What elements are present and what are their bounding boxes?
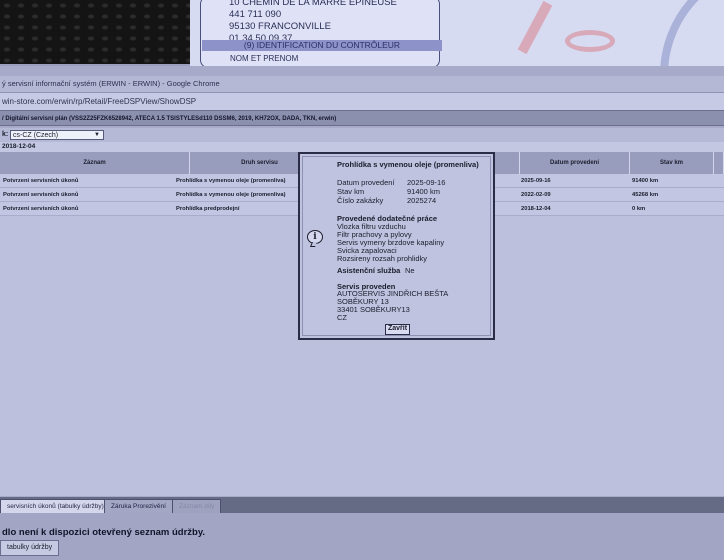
tab-warranty[interactable]: Záruka Prorezivění xyxy=(104,499,173,513)
cell-zaznam: Potvrzení servisních úkonů xyxy=(3,188,78,202)
language-row: k: cs-CZ (Czech) ▼ xyxy=(0,128,724,142)
extra-work-list: Vlozka filtru vzduchu Filtr prachovy a p… xyxy=(337,223,444,263)
paper-address-lines: 10 CHEMIN DE LA MARRE EPINEUSE 441 711 0… xyxy=(229,0,397,45)
cell-datum: 2018-12-04 xyxy=(521,202,551,216)
paper-document: 10 CHEMIN DE LA MARRE EPINEUSE 441 711 0… xyxy=(190,0,724,66)
address-line: 33401 SOBĚKURY13 xyxy=(337,306,448,314)
close-button[interactable]: Zavřít xyxy=(385,324,410,335)
field-value: 2025274 xyxy=(407,196,436,205)
field-label: Stav km xyxy=(337,187,407,196)
column-header-km[interactable]: Stav km xyxy=(630,152,714,174)
cell-zaznam: Potvrzení servisních úkonů xyxy=(3,174,78,188)
cell-druh: Prohlídka s vymenou oleje (promenliva) xyxy=(176,188,286,202)
service-by-address: AUTOSERVIS JINDŘICH BEŠTA SOBĚKURY 13 33… xyxy=(337,290,448,322)
language-value: cs-CZ (Czech) xyxy=(13,132,58,139)
language-label: k: xyxy=(2,128,8,142)
field-date: Datum provedení2025-09-16 xyxy=(337,178,445,187)
extra-work-item: Rozsireny rozsah prohlidky xyxy=(337,255,444,263)
paper-line: 10 CHEMIN DE LA MARRE EPINEUSE xyxy=(229,0,397,9)
service-detail-dialog: Prohlídka s vymenou oleje (promenliva) D… xyxy=(298,152,495,340)
field-km: Stav km91400 km xyxy=(337,187,440,196)
cell-druh: Prohlídka predprodejní xyxy=(176,202,239,216)
cell-druh: Prohlídka s vymenou oleje (promenliva) xyxy=(176,174,286,188)
notice-text: dlo není k dispozici otevřený seznam údr… xyxy=(2,527,205,538)
assistance-label: Asistenční služba xyxy=(337,266,405,275)
cell-zaznam: Potvrzení servisních úkonů xyxy=(3,202,78,216)
column-header-zaznam[interactable]: Záznam xyxy=(0,152,190,174)
column-header-extra xyxy=(714,152,724,174)
address-bar[interactable]: win-store.com/erwin/rp/Retail/FreeDSPVie… xyxy=(0,92,724,110)
column-header-datum[interactable]: Datum provedení xyxy=(520,152,630,174)
maintenance-tables-button[interactable]: tabulky údržby xyxy=(0,540,59,556)
field-value: 91400 km xyxy=(407,187,440,196)
address-line: CZ xyxy=(337,314,448,322)
paper-line: 95130 FRANCONVILLE xyxy=(229,21,397,33)
app-header: / Digitální servisní plán (VSS2Z25FZK652… xyxy=(0,110,724,126)
field-order-number: Číslo zakázky2025274 xyxy=(337,196,436,205)
language-select[interactable]: cs-CZ (Czech) ▼ xyxy=(10,130,104,140)
dialog-title: Prohlídka s vymenou oleje (promenliva) xyxy=(337,160,479,169)
cell-km: 0 km xyxy=(632,202,645,216)
cell-datum: 2025-09-16 xyxy=(521,174,551,188)
assistance-value: Ne xyxy=(405,266,415,275)
paper-line: 441 711 090 xyxy=(229,9,397,21)
window-title: ý servisní informační systém (ERWIN - ER… xyxy=(0,76,724,92)
field-label: Datum provedení xyxy=(337,178,407,187)
paper-logo-wheel-icon xyxy=(565,30,615,52)
cell-km: 91400 km xyxy=(632,174,658,188)
chevron-down-icon: ▼ xyxy=(94,131,100,140)
tab-parts-record: Záznam díly xyxy=(172,499,221,513)
tab-maintenance-tables[interactable]: servisních úkonů (tabulky údržby) xyxy=(0,499,111,513)
paper-footer: NOM ET PRENOM xyxy=(230,54,298,63)
date-header: 2018-12-04 xyxy=(0,142,724,152)
field-label: Číslo zakázky xyxy=(337,196,407,205)
tab-strip: servisních úkonů (tabulky údržby) Záruka… xyxy=(0,497,724,513)
background-mesh xyxy=(0,0,195,64)
assistance-row: Asistenční službaNe xyxy=(337,266,415,275)
cell-km: 45268 km xyxy=(632,188,658,202)
paper-section-band: (9) IDENTIFICATION DU CONTRÔLEUR xyxy=(202,40,442,51)
info-icon: i xyxy=(307,230,323,244)
cell-datum: 2022-02-09 xyxy=(521,188,551,202)
field-value: 2025-09-16 xyxy=(407,178,445,187)
bottom-panel: dlo není k dispozici otevřený seznam údr… xyxy=(0,513,724,560)
